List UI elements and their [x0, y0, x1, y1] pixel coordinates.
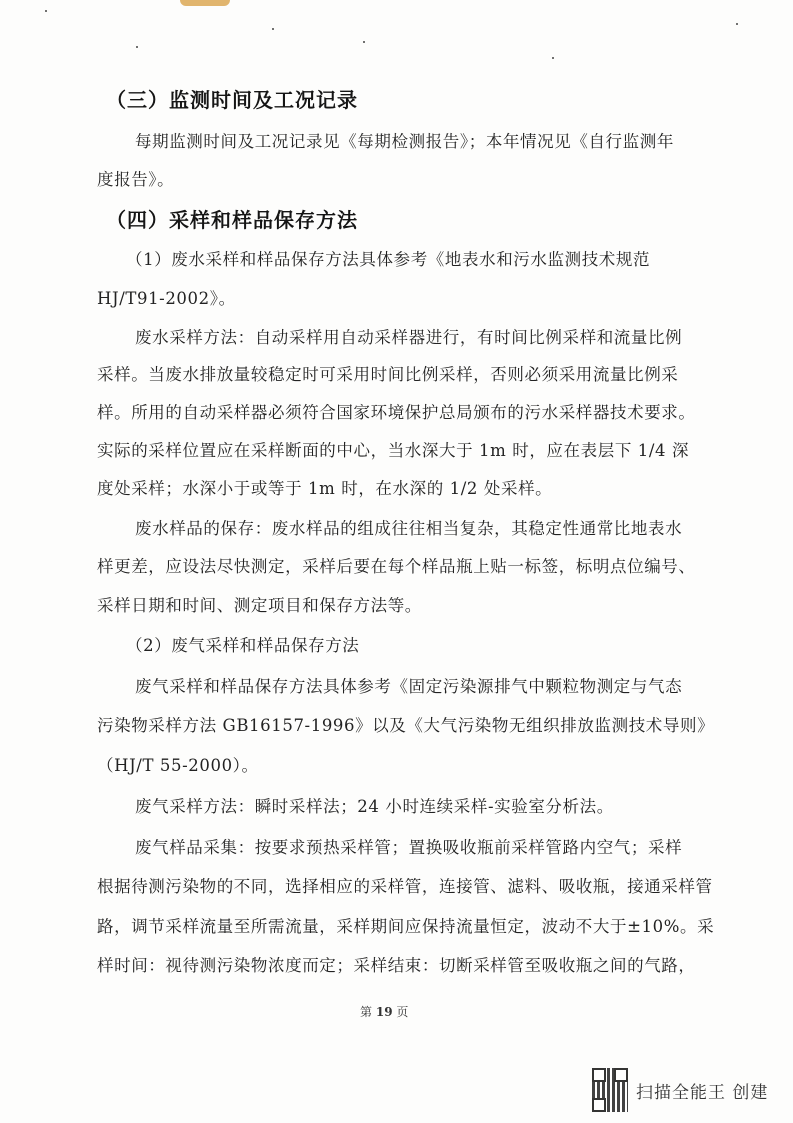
paragraph-line: （1）废水采样和样品保存方法具体参考《地表水和污水监测技术规范	[126, 246, 650, 270]
paragraph-line: （2）废气采样和样品保存方法	[126, 632, 359, 656]
paragraph-line: 样。所用的自动采样器必须符合国家环境保护总局颁布的污水采样器技术要求。	[97, 399, 696, 423]
paragraph-line: HJ/T91-2002》。	[97, 285, 236, 309]
section-heading-monitoring-time: （三）监测时间及工况记录	[106, 84, 358, 113]
paragraph-line: 污染物采样方法 GB16157-1996》以及《大气污染物无组织排放监测技术导则…	[97, 712, 714, 736]
paragraph-line: 路，调节采样流量至所需流量，采样期间应保持流量恒定，波动不大于±10%。采	[97, 913, 714, 937]
scan-speck	[552, 57, 554, 59]
scan-speck	[736, 23, 738, 25]
paragraph-line: 废气采样方法：瞬时采样法；24 小时连续采样-实验室分析法。	[135, 793, 614, 817]
paragraph-line: 废气样品采集：按要求预热采样管；置换吸收瓶前采样管路内空气；采样	[135, 834, 682, 858]
scan-edge-mark	[180, 0, 230, 6]
paragraph-line: 废水样品的保存：废水样品的组成往往相当复杂，其稳定性通常比地表水	[135, 515, 682, 539]
page-number-prefix: 第	[360, 1005, 372, 1019]
scan-speck	[136, 46, 138, 48]
scanner-watermark: 扫描全能王 创建	[592, 1068, 768, 1112]
paragraph-line: 废气采样和样品保存方法具体参考《固定污染源排气中颗粒物测定与气态	[135, 673, 682, 697]
paragraph-line: 度报告》。	[97, 166, 174, 190]
paragraph-line: 废水采样方法：自动采样用自动采样器进行，有时间比例采样和流量比例	[135, 324, 682, 348]
paragraph-line: 样更差，应设法尽快测定，采样后要在每个样品瓶上贴一标签，标明点位编号、	[97, 553, 696, 577]
paragraph-line: 采样日期和时间、测定项目和保存方法等。	[97, 592, 422, 616]
paragraph-line: 根据待测污染物的不同，选择相应的采样管，连接管、滤料、吸收瓶，接通采样管	[97, 873, 713, 897]
qr-code-icon	[592, 1068, 628, 1112]
page-number-value: 19	[376, 1005, 393, 1019]
paragraph-line: （HJ/T 55-2000）。	[97, 752, 259, 776]
paragraph-line: 每期监测时间及工况记录见《每期检测报告》；本年情况见《自行监测年	[135, 128, 674, 152]
paragraph-line: 样时间：视待测污染物浓度而定；采样结束：切断采样管至吸收瓶之间的气路，	[97, 952, 696, 976]
paragraph-line: 实际的采样位置应在采样断面的中心，当水深大于 1m 时，应在表层下 1/4 深	[97, 437, 689, 461]
scan-speck	[272, 28, 274, 30]
paragraph-line: 采样。当废水排放量较稳定时可采用时间比例采样，否则必须采用流量比例采	[97, 361, 678, 385]
watermark-text: 扫描全能王 创建	[636, 1078, 768, 1103]
scan-speck	[45, 10, 47, 12]
section-heading-sampling-methods: （四）采样和样品保存方法	[106, 204, 358, 233]
page-number: 第 19 页	[360, 1003, 408, 1020]
paragraph-line: 度处采样；水深小于或等于 1m 时，在水深的 1/2 处采样。	[97, 475, 552, 499]
page-number-suffix: 页	[396, 1005, 408, 1019]
scan-speck	[363, 41, 365, 43]
